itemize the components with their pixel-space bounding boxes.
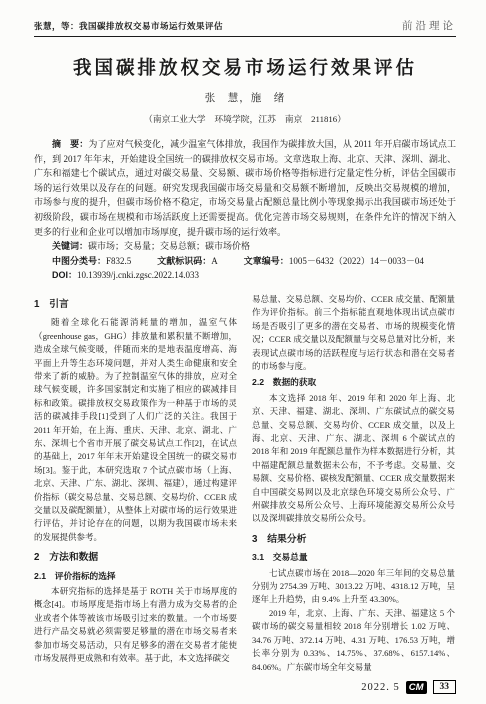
front-matter: 摘 要：为了应对气候变化，减少温室气体排放，我国作为碳排放大国，从 2011 年… bbox=[34, 137, 456, 283]
code-label: 文献标识码： bbox=[157, 256, 211, 266]
left-column: 1 引言 随着全球化石能源消耗量的增加，温室气体（greenhouse gas，… bbox=[34, 293, 237, 674]
running-head-title: 张慧，等：我国碳排放权交易市场运行效果评估 bbox=[34, 20, 223, 32]
section-heading-introduction: 1 引言 bbox=[34, 298, 237, 311]
paragraph: 七试点碳市场在 2018—2020 年三年间的交易总量分别为 2754.39 万… bbox=[252, 567, 455, 607]
id-value: 1005－6432（2022）14－0033－04 bbox=[289, 256, 424, 266]
affiliation: （南京工业大学 环境学院，江苏 南京 211816） bbox=[34, 112, 456, 125]
doi-line: DOI：10.13939/j.cnki.zgsc.2022.14.033 bbox=[34, 268, 456, 283]
authors: 张 慧，施 绪 bbox=[34, 90, 456, 105]
section-heading-methods: 2 方法和数据 bbox=[34, 551, 237, 564]
article-id: 文章编号：1005－6432（2022）14－0033－04 bbox=[244, 256, 424, 266]
abstract-text: 为了应对气候变化，减少温室气体排放，我国作为碳排放大国，从 2011 年开启碳市… bbox=[34, 139, 456, 237]
right-column: 易总量、交易总额、交易均价、CCER 成交量、配额量作为评价指标。前三个指标能直… bbox=[252, 293, 455, 674]
keywords-label: 关键词： bbox=[52, 241, 88, 251]
paragraph: 2019 年，北京、上海、广东、天津、福建这 5 个碳市场的碳交易量相较 201… bbox=[252, 607, 455, 674]
paragraph: 易总量、交易总额、交易均价、CCER 成交量、配额量作为评价指标。前三个指标能直… bbox=[252, 293, 455, 373]
page-number: 33 bbox=[433, 680, 457, 694]
journal-page: 张慧，等：我国碳排放权交易市场运行效果评估 前沿理论 我国碳排放权交易市场运行效… bbox=[0, 0, 486, 704]
clc-number: 中图分类号：F832.5 bbox=[52, 256, 131, 266]
abstract-label: 摘 要： bbox=[52, 139, 88, 149]
paragraph: 本研究指标的选择是基于 ROTH 关于市场厚度的概念[4]。市场厚度是指市场上有… bbox=[34, 585, 237, 665]
issue-date: 2022. 5 bbox=[361, 682, 400, 693]
id-label: 文章编号： bbox=[244, 256, 289, 266]
meta-line: 中图分类号：F832.5文献标识码：A文章编号：1005－6432（2022）1… bbox=[34, 254, 456, 269]
header-rule bbox=[34, 36, 456, 37]
subsection-heading-data: 2.2 数据的获取 bbox=[252, 376, 455, 389]
document-code: 文献标识码：A bbox=[157, 256, 218, 266]
running-head: 张慧，等：我国碳排放权交易市场运行效果评估 前沿理论 bbox=[34, 18, 456, 33]
keywords-text: 碳市场；交易量；交易总额；碳市场价格 bbox=[88, 241, 250, 251]
section-heading-results: 3 结果分析 bbox=[252, 533, 455, 546]
subsection-heading-volume: 3.1 交易总量 bbox=[252, 551, 455, 564]
running-head-section: 前沿理论 bbox=[402, 18, 456, 33]
subsection-heading-indicators: 2.1 评价指标的选择 bbox=[34, 570, 237, 583]
body-columns: 1 引言 随着全球化石能源消耗量的增加，温室气体（greenhouse gas，… bbox=[34, 293, 456, 674]
clc-value: F832.5 bbox=[106, 256, 131, 266]
keywords: 关键词：碳市场；交易量；交易总额；碳市场价格 bbox=[34, 239, 456, 254]
paragraph: 随着全球化石能源消耗量的增加，温室气体（greenhouse gas，GHG）排… bbox=[34, 316, 237, 544]
code-value: A bbox=[211, 256, 218, 266]
doi-label: DOI： bbox=[52, 270, 77, 280]
page-footer: 2022. 5 CM 33 bbox=[361, 680, 456, 694]
journal-logo-icon: CM bbox=[406, 681, 427, 694]
abstract: 摘 要：为了应对气候变化，减少温室气体排放，我国作为碳排放大国，从 2011 年… bbox=[34, 137, 456, 239]
clc-label: 中图分类号： bbox=[52, 256, 106, 266]
doi-value: 10.13939/j.cnki.zgsc.2022.14.033 bbox=[77, 270, 199, 280]
article-title: 我国碳排放权交易市场运行效果评估 bbox=[34, 54, 456, 80]
paragraph: 本文选择 2018 年、2019 年和 2020 年上海、北京、天津、福建、湖北… bbox=[252, 392, 455, 526]
